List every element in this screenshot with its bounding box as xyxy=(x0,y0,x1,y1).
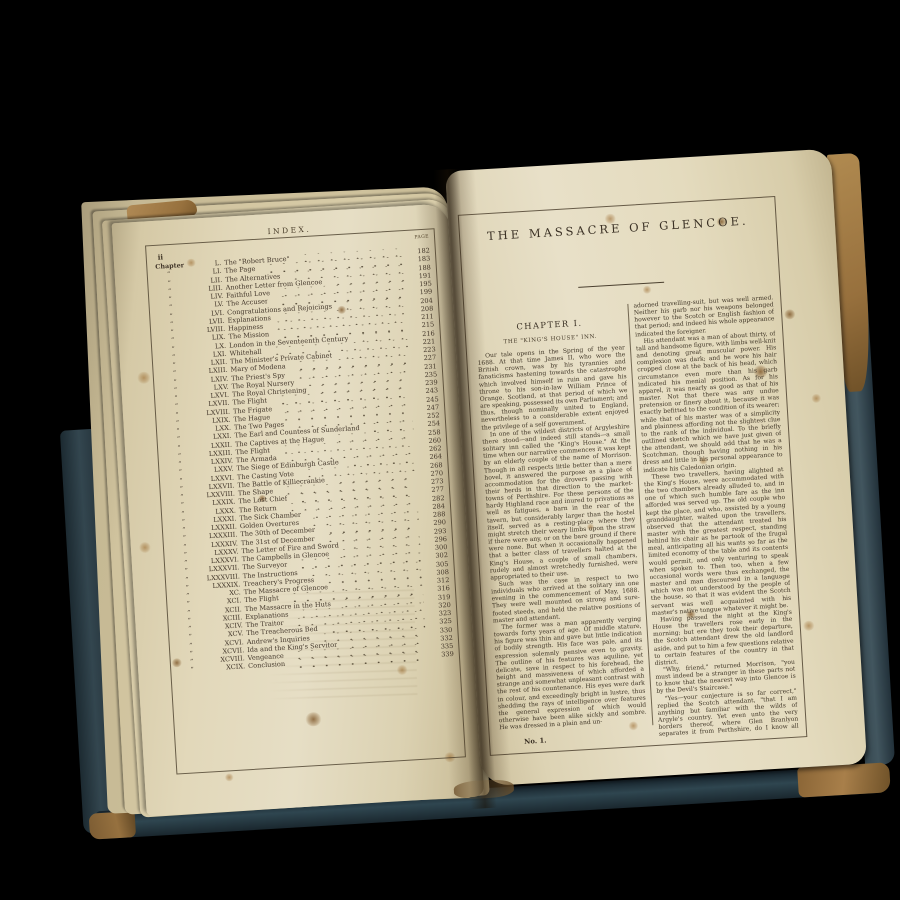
paragraph: "Yes—your conjecture is so far correct,"… xyxy=(657,687,799,739)
page-folio: ii xyxy=(157,252,163,261)
chapter-heading: CHAPTER I. xyxy=(475,315,623,334)
index-entry-prefix: Chapter xyxy=(155,261,181,271)
column-2-paragraphs: adorned travelling-suit, but was well ar… xyxy=(633,294,799,739)
text-columns: CHAPTER I. THE "KING'S HOUSE" INN. Our t… xyxy=(474,293,798,748)
paragraph: His attendant was a man of about thirty,… xyxy=(635,330,783,474)
paragraph: Having passed the night at the King's Ho… xyxy=(652,609,795,667)
index-entry-number: XCIX. xyxy=(205,662,248,673)
left-page: INDEX. ii PAGE Chapter L. The "Robert Br… xyxy=(112,203,485,816)
foxing-spot xyxy=(811,394,822,404)
paragraph: The former was a man apparently verging … xyxy=(493,616,647,732)
paragraph: In one of the wildest districts of Argyl… xyxy=(482,423,639,582)
show-through-text xyxy=(264,587,418,704)
foxing-spot xyxy=(139,542,152,554)
foxing-spot xyxy=(784,309,796,320)
title-rule xyxy=(578,282,664,288)
index-frame: INDEX. ii PAGE Chapter L. The "Robert Br… xyxy=(145,228,466,774)
foxing-spot xyxy=(137,371,152,384)
bottom-cover-leather-corner-left xyxy=(89,811,136,840)
text-column-2: adorned travelling-suit, but was well ar… xyxy=(633,293,799,739)
index-header: INDEX. xyxy=(145,217,433,243)
issue-number: No. 1. xyxy=(524,737,547,746)
foxing-spot xyxy=(224,773,233,782)
open-book: INDEX. ii PAGE Chapter L. The "Robert Br… xyxy=(32,145,889,848)
chapter-frame: THE MASSACRE OF GLENCOE. CHAPTER I. THE … xyxy=(458,196,808,756)
right-page: THE MASSACRE OF GLENCOE. CHAPTER I. THE … xyxy=(445,149,867,787)
paragraph: Our tale opens in the Spring of the year… xyxy=(477,344,629,431)
book-title: THE MASSACRE OF GLENCOE. xyxy=(460,212,776,245)
foxing-spot xyxy=(802,620,815,631)
index-entry-prefix: ” xyxy=(179,666,205,675)
bottom-cover-leather-corner-right xyxy=(797,762,891,797)
paragraph: These two travellers, having alighted at… xyxy=(643,466,791,617)
